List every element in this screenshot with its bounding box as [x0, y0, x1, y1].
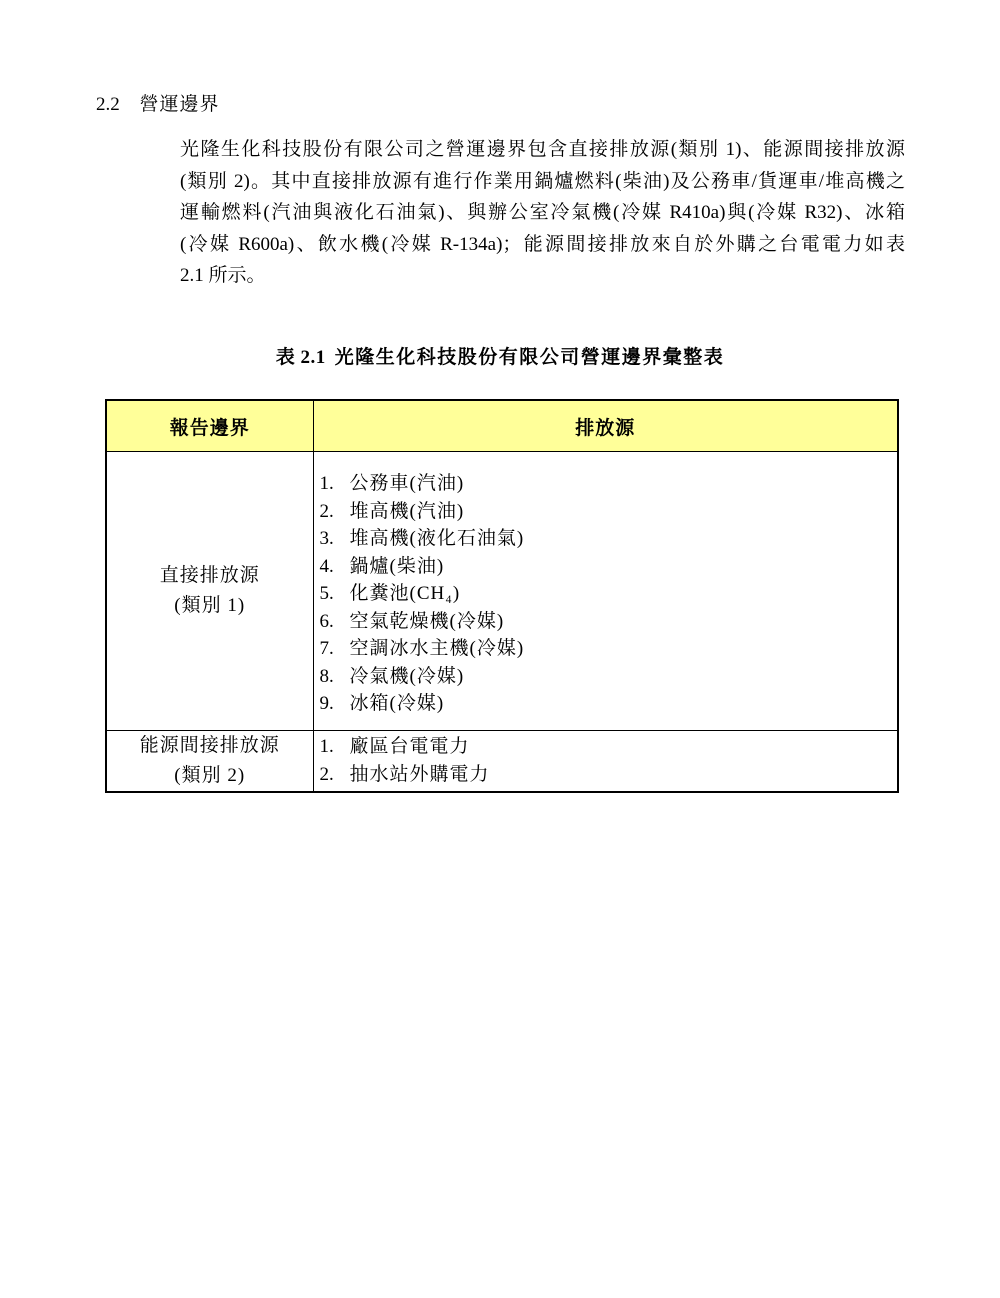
col-header-emission-source: 排放源: [313, 400, 898, 452]
source-number: 2.: [320, 761, 350, 789]
source-item: 7.空調冰水主機(冷媒): [320, 635, 894, 663]
source-text: 堆高機(汽油): [350, 498, 465, 526]
section-title: 營運邊界: [140, 92, 220, 118]
col-header-report-boundary: 報告邊界: [106, 400, 313, 452]
boundary-table: 報告邊界 排放源 直接排放源(類別 1)1.公務車(汽油)2.堆高機(汽油)3.…: [105, 399, 899, 793]
sources-cell: 1.公務車(汽油)2.堆高機(汽油)3.堆高機(液化石油氣)4.鍋爐(柴油)5.…: [313, 452, 898, 731]
source-item: 5.化糞池(CH₄): [320, 580, 894, 608]
source-number: 7.: [320, 635, 350, 663]
source-number: 1.: [320, 470, 350, 498]
source-number: 5.: [320, 580, 350, 608]
source-number: 6.: [320, 608, 350, 636]
source-item: 4.鍋爐(柴油): [320, 553, 894, 581]
source-text: 空氣乾燥機(冷媒): [350, 608, 505, 636]
section-number: 2.2: [96, 92, 120, 118]
source-item: 2.抽水站外購電力: [320, 761, 894, 789]
source-text: 公務車(汽油): [350, 470, 465, 498]
boundary-cell: 直接排放源(類別 1): [106, 452, 313, 731]
boundary-line: (類別 2): [107, 761, 313, 791]
source-text: 化糞池(CH₄): [350, 580, 461, 608]
source-number: 4.: [320, 553, 350, 581]
source-number: 8.: [320, 663, 350, 691]
paragraph-line: 光隆生化科技股份有限公司之營運邊界包含直接排放源(類別 1)、能源間接排放源: [180, 134, 905, 166]
source-item: 3.堆高機(液化石油氣): [320, 525, 894, 553]
section-heading: 2.2 營運邊界: [96, 92, 1000, 118]
table-row: 直接排放源(類別 1)1.公務車(汽油)2.堆高機(汽油)3.堆高機(液化石油氣…: [106, 452, 898, 731]
source-number: 9.: [320, 690, 350, 718]
boundary-line: 直接排放源: [107, 561, 313, 591]
source-number: 1.: [320, 733, 350, 761]
source-number: 2.: [320, 498, 350, 526]
source-text: 冰箱(冷媒): [350, 690, 445, 718]
boundary-line: (類別 1): [107, 591, 313, 621]
table-header-row: 報告邊界 排放源: [106, 400, 898, 452]
source-text: 堆高機(液化石油氣): [350, 525, 525, 553]
table-header: 報告邊界 排放源: [106, 400, 898, 452]
source-item: 9.冰箱(冷媒): [320, 690, 894, 718]
table-caption-label: 表 2.1: [276, 347, 326, 368]
paragraph-line: (冷媒 R600a)、飲水機(冷媒 R-134a)；能源間接排放來自於外購之台電…: [180, 229, 905, 261]
source-text: 鍋爐(柴油): [350, 553, 445, 581]
source-item: 1.公務車(汽油): [320, 470, 894, 498]
paragraph-line: 運輸燃料(汽油與液化石油氣)、與辦公室冷氣機(冷媒 R410a)與(冷媒 R32…: [180, 197, 905, 229]
boundary-cell: 能源間接排放源(類別 2): [106, 730, 313, 792]
table-row: 能源間接排放源(類別 2)1.廠區台電電力2.抽水站外購電力: [106, 730, 898, 792]
source-text: 廠區台電電力: [350, 733, 470, 761]
source-text: 空調冰水主機(冷媒): [350, 635, 525, 663]
source-text: 冷氣機(冷媒): [350, 663, 465, 691]
source-item: 2.堆高機(汽油): [320, 498, 894, 526]
document-page: 2.2 營運邊界 光隆生化科技股份有限公司之營運邊界包含直接排放源(類別 1)、…: [0, 0, 1000, 793]
sources-cell: 1.廠區台電電力2.抽水站外購電力: [313, 730, 898, 792]
boundary-line: 能源間接排放源: [107, 731, 313, 761]
table-caption-title: 光隆生化科技股份有限公司營運邊界彙整表: [335, 347, 725, 368]
paragraph-line: (類別 2)。其中直接排放源有進行作業用鍋爐燃料(柴油)及公務車/貨運車/堆高機…: [180, 166, 905, 198]
paragraph-line: 2.1 所示。: [180, 260, 905, 292]
table-body: 直接排放源(類別 1)1.公務車(汽油)2.堆高機(汽油)3.堆高機(液化石油氣…: [106, 452, 898, 792]
source-item: 6.空氣乾燥機(冷媒): [320, 608, 894, 636]
source-number: 3.: [320, 525, 350, 553]
source-item: 8.冷氣機(冷媒): [320, 663, 894, 691]
source-text: 抽水站外購電力: [350, 761, 490, 789]
table-caption: 表 2.1光隆生化科技股份有限公司營運邊界彙整表: [0, 342, 1000, 369]
body-paragraph: 光隆生化科技股份有限公司之營運邊界包含直接排放源(類別 1)、能源間接排放源(類…: [180, 134, 905, 292]
source-item: 1.廠區台電電力: [320, 733, 894, 761]
